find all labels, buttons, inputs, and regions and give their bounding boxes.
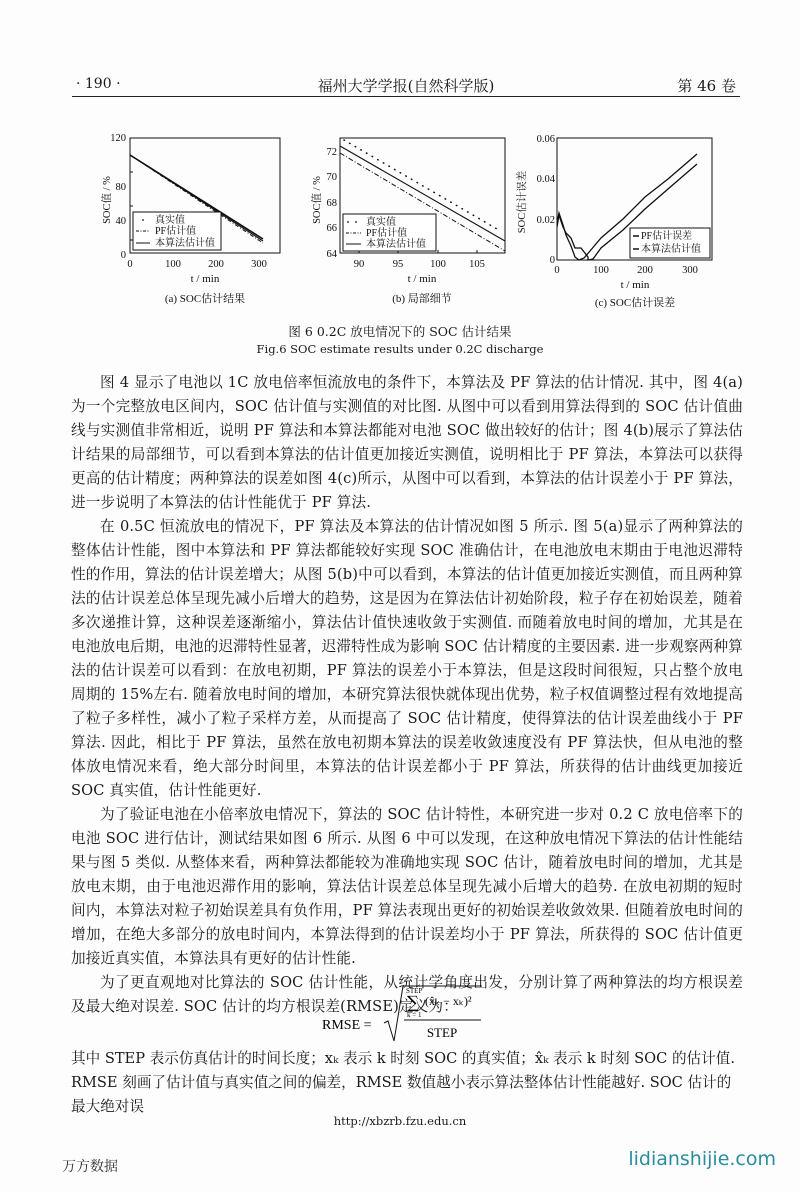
svg-text:0: 0: [554, 265, 559, 276]
volume-label: 第 46 卷: [677, 75, 736, 96]
svg-text:本算法估计值: 本算法估计值: [641, 242, 701, 255]
svg-text:0: 0: [121, 250, 126, 261]
svg-text:(c) SOC估计误差: (c) SOC估计误差: [595, 295, 675, 309]
svg-text:∑: ∑: [407, 993, 419, 1013]
subfigure-b: 6466687072 9095100105 SOC值 / % t / min 真…: [310, 130, 510, 315]
svg-text:200: 200: [637, 265, 653, 276]
svg-text:105: 105: [469, 259, 485, 270]
chart-b: 6466687072 9095100105 SOC值 / % t / min 真…: [310, 130, 510, 315]
paragraph-3: 为了验证电池在小倍率放电情况下，算法的 SOC 估计特性，本研究进一步对 0.2…: [71, 803, 743, 971]
subfigure-a: 04080120 0100200300 SOC值 / % t / min 真实值…: [100, 130, 300, 315]
svg-text:95: 95: [393, 259, 404, 270]
svg-text:0.06: 0.06: [537, 134, 555, 145]
subfigure-c: 00.020.040.06 0100200300 SOC估计误差 t / min…: [515, 130, 725, 315]
svg-text:70: 70: [327, 172, 338, 183]
svg-text:72: 72: [327, 147, 338, 158]
journal-title: 福州大学学报(自然科学版): [72, 75, 740, 96]
svg-text:66: 66: [327, 223, 338, 234]
svg-text:PF估计值: PF估计值: [155, 224, 196, 237]
svg-text:80: 80: [116, 182, 127, 193]
svg-text:68: 68: [327, 198, 338, 209]
body-text: 图 4 显示了电池以 1C 放电倍率恒流放电的条件下，本算法及 PF 算法的估计…: [71, 371, 743, 1019]
svg-text:RMSE =: RMSE =: [322, 1018, 372, 1033]
svg-text:100: 100: [430, 259, 446, 270]
svg-text:t / min: t / min: [621, 279, 650, 291]
svg-text:100: 100: [165, 259, 181, 270]
svg-text:t / min: t / min: [408, 273, 437, 285]
svg-text:真实值: 真实值: [155, 213, 185, 226]
chart-a: 04080120 0100200300 SOC值 / % t / min 真实值…: [100, 130, 300, 315]
journal-url[interactable]: http://xbzrb.fzu.edu.cn: [0, 1114, 800, 1128]
svg-text:(b) 局部细节: (b) 局部细节: [392, 291, 452, 305]
svg-text:PF估计值: PF估计值: [366, 226, 407, 239]
svg-text:0.04: 0.04: [537, 174, 556, 185]
paragraph-2: 在 0.5C 恒流放电的情况下，PF 算法及本算法的估计情况如图 5 所示. 图…: [71, 515, 743, 803]
svg-text:300: 300: [682, 265, 698, 276]
svg-text:300: 300: [251, 259, 267, 270]
rmse-formula: RMSE = STEP ∑ k = 1 (x̂ₖ − xₖ)² STEP: [0, 983, 800, 1045]
source-label: 万方数据: [62, 1156, 118, 1176]
figure-caption-en: Fig.6 SOC estimate results under 0.2C di…: [0, 342, 800, 356]
svg-text:PF估计误差: PF估计误差: [641, 229, 692, 242]
paragraph-1: 图 4 显示了电池以 1C 放电倍率恒流放电的条件下，本算法及 PF 算法的估计…: [71, 371, 743, 515]
svg-text:90: 90: [354, 259, 365, 270]
svg-text:200: 200: [208, 259, 224, 270]
running-header: · 190 · 福州大学学报(自然科学版) 第 46 卷: [72, 72, 740, 97]
figure-caption-cn: 图 6 0.2C 放电情况下的 SOC 估计结果: [0, 322, 800, 340]
svg-text:本算法估计值: 本算法估计值: [155, 236, 215, 249]
svg-text:真实值: 真实值: [366, 215, 396, 228]
subfigure-a-caption: (a) SOC估计结果: [165, 291, 245, 305]
svg-text:0: 0: [127, 259, 132, 270]
svg-text:(x̂ₖ − xₖ)²: (x̂ₖ − xₖ)²: [425, 994, 472, 1008]
svg-text:本算法估计值: 本算法估计值: [366, 237, 426, 250]
svg-text:64: 64: [327, 249, 338, 260]
paragraph-5: 其中 STEP 表示仿真估计的时间长度；xₖ 表示 k 时刻 SOC 的真实值；…: [71, 1047, 743, 1119]
svg-text:100: 100: [593, 265, 609, 276]
watermark: lidianshijie.com: [628, 1148, 776, 1170]
svg-text:0.02: 0.02: [537, 215, 555, 226]
svg-text:k = 1: k = 1: [407, 1011, 422, 1019]
svg-text:40: 40: [116, 216, 127, 227]
x-axis-label: t / min: [191, 273, 220, 285]
chart-c: 00.020.040.06 0100200300 SOC估计误差 t / min…: [515, 130, 725, 315]
y-axis-label: SOC值 / %: [100, 176, 113, 224]
svg-text:STEP: STEP: [427, 1025, 457, 1040]
svg-text:SOC估计误差: SOC估计误差: [515, 171, 528, 233]
svg-text:SOC值 / %: SOC值 / %: [310, 176, 323, 224]
svg-text:120: 120: [110, 133, 126, 144]
